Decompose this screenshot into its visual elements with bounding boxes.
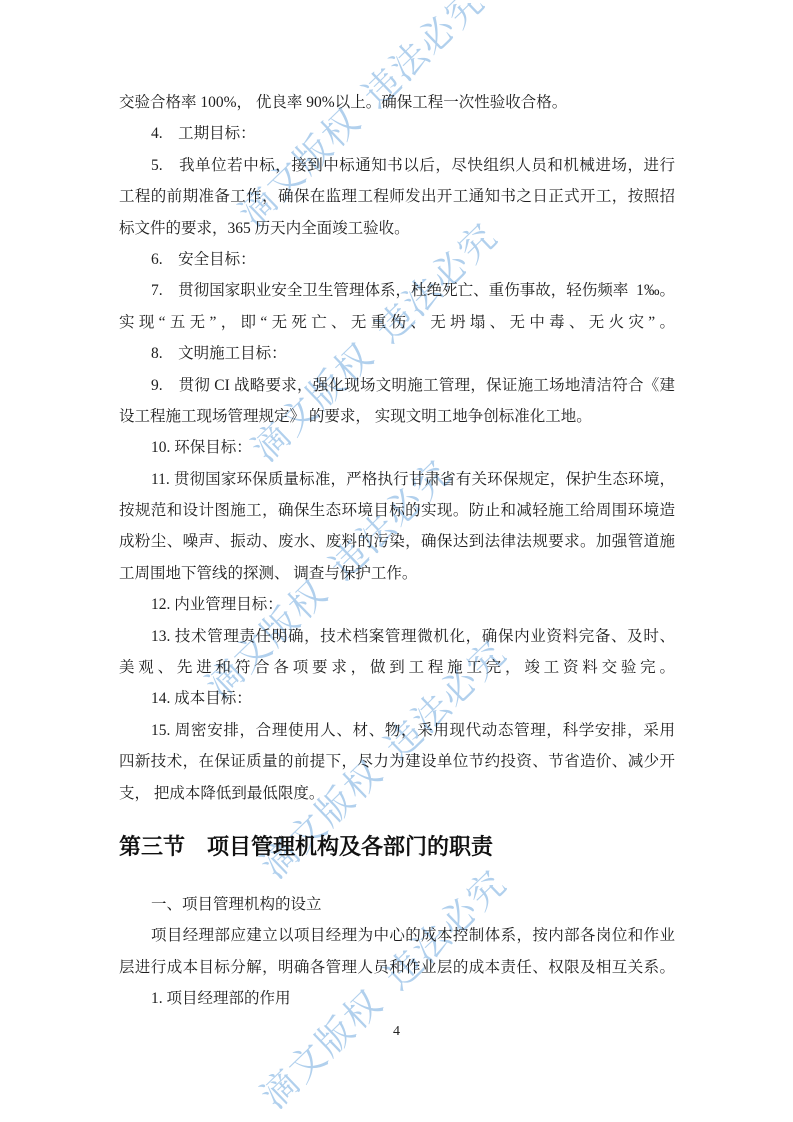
text-line: 工周围地下管线的探测、 调查与保护工作。	[119, 558, 675, 589]
section-heading: 第三节 项目管理机构及各部门的职责	[119, 827, 675, 867]
text-line: 成粉尘、噪声、振动、废水、废料的污染，确保达到法律法规要求。加强管道施	[119, 526, 675, 557]
text-line: 工程的前期准备工作，确保在监理工程师发出开工通知书之日正式开工，按照招	[119, 181, 675, 212]
text-line: 8. 文明施工目标：	[119, 338, 675, 369]
text-line: 美观、先进和符合各项要求，做到工程施工完，竣工资料交验完。	[119, 652, 675, 683]
text-line: 支， 把成本降低到最低限度。	[119, 778, 675, 809]
text-line: 5. 我单位若中标，接到中标通知书以后，尽快组织人员和机械进场，进行	[119, 150, 675, 181]
page-number: 4	[0, 1024, 793, 1040]
document-content: 交验合格率 100%， 优良率 90%以上。确保工程一次性验收合格。4. 工期目…	[119, 87, 675, 1015]
text-line: 项目经理部应建立以项目经理为中心的成本控制体系，按内部各岗位和作业	[119, 920, 675, 951]
text-line: 10. 环保目标：	[119, 432, 675, 463]
text-line: 按规范和设计图施工，确保生态环境目标的实现。防止和减轻施工给周围环境造	[119, 495, 675, 526]
text-line: 一、项目管理机构的设立	[119, 889, 675, 920]
text-line: 层进行成本目标分解，明确各管理人员和作业层的成本责任、权限及相互关系。	[119, 952, 675, 983]
text-line: 交验合格率 100%， 优良率 90%以上。确保工程一次性验收合格。	[119, 87, 675, 118]
text-line: 1. 项目经理部的作用	[119, 983, 675, 1014]
text-line: 4. 工期目标：	[119, 118, 675, 149]
text-line: 实现“五无”，即“无死亡、无重伤、无坍塌、无中毒、无火灾”。	[119, 307, 675, 338]
text-line: 7. 贯彻国家职业安全卫生管理体系，杜绝死亡、重伤事故，轻伤频率 1‰。	[119, 275, 675, 306]
text-line: 14. 成本目标：	[119, 683, 675, 714]
text-line: 设工程施工现场管理规定》 的要求， 实现文明工地争创标准化工地。	[119, 401, 675, 432]
body-paragraphs: 交验合格率 100%， 优良率 90%以上。确保工程一次性验收合格。4. 工期目…	[119, 87, 675, 809]
text-line: 9. 贯彻 CI 战略要求，强化现场文明施工管理，保证施工场地清洁符合《建	[119, 370, 675, 401]
text-line: 11. 贯彻国家环保质量标准，严格执行甘肃省有关环保规定，保护生态环境，	[119, 464, 675, 495]
tail-paragraphs: 一、项目管理机构的设立项目经理部应建立以项目经理为中心的成本控制体系，按内部各岗…	[119, 889, 675, 1015]
text-line: 6. 安全目标：	[119, 244, 675, 275]
text-line: 四新技术，在保证质量的前提下，尽力为建设单位节约投资、节省造价、减少开	[119, 746, 675, 777]
text-line: 13. 技术管理责任明确，技术档案管理微机化，确保内业资料完备、及时、	[119, 621, 675, 652]
text-line: 12. 内业管理目标：	[119, 589, 675, 620]
text-line: 标文件的要求，365 历天内全面竣工验收。	[119, 213, 675, 244]
text-line: 15. 周密安排，合理使用人、材、物，采用现代动态管理，科学安排，采用	[119, 715, 675, 746]
document-page: 滴文版权 违法必究滴文版权 违法必究滴文版权 违法必究滴文版权 违法必究滴文版权…	[0, 0, 793, 1122]
